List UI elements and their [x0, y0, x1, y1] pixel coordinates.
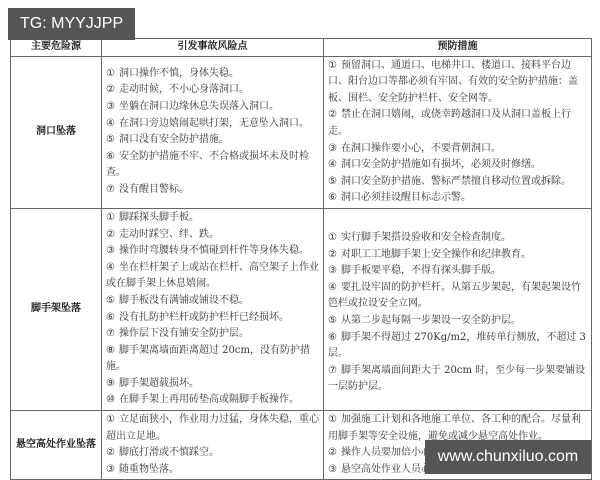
tg-label-badge: TG: MYYJJPP [8, 8, 135, 40]
table-row: 脚手架坠落 ①脚踩探头脚手板。 ②走动时踩空、绊、跌。 ③操作时弯腰转身不慎碰到… [11, 208, 592, 410]
measure-item: ⑤洞口安全防护措施、警标严禁擅自移动位置或拆除。 [328, 174, 587, 191]
measure-item: ③在洞口操作要小心，不要背朝洞口。 [328, 141, 587, 158]
hazard-source-cell: 脚手架坠落 [11, 208, 102, 410]
risk-item: ③坐躺在洞口边缘休息失误落入洞口。 [106, 99, 319, 116]
risk-item: ②走动时踩空、绊、跌。 [106, 227, 319, 244]
risk-item: ③随重物坠落。 [106, 462, 319, 479]
measure-item: ⑥洞口必须挂设醒目标志示警。 [328, 190, 587, 207]
risk-item: ④在洞口旁边嬉闹起哄打架，无意坠入洞口。 [106, 116, 319, 133]
measure-item: ④洞口安全防护措施如有损坏，必须及时修缮。 [328, 157, 587, 174]
prevention-measures-cell: ①实行脚手架搭设验收和安全检查制度。 ②对职工工地脚手架上安全操作和纪律教育。 … [324, 208, 592, 410]
risk-item: ③操作时弯腰转身不慎碰到杆件等身体失稳。 [106, 243, 319, 260]
measure-item: ⑤从第二步起每隔一步架设一安全防护层。 [328, 313, 587, 330]
risk-item: ②走动时候，不小心身落洞口。 [106, 82, 319, 99]
risk-item: ①脚踩探头脚手板。 [106, 210, 319, 227]
risk-item: ②脚底打滑或不慎踩空。 [106, 445, 319, 462]
measure-item: ①实行脚手架搭设验收和安全检查制度。 [328, 230, 587, 247]
measure-item: ④要扎设牢固的防护栏杆。从第五步架起，有架起架设竹笆栏或拉设安全立网。 [328, 280, 587, 313]
measure-item: ③脚手板要平稳，不得有探头脚手版。 [328, 263, 587, 280]
prevention-measures-cell: ①预留洞口、通道口、电梯井口、楼道口、接料平台边口、阳台边口等都必须有牢固、有效… [324, 56, 592, 208]
risk-item: ⑥没有扎防护栏杆或防护栏杆已经损坏。 [106, 310, 319, 327]
risk-item: ⑤洞口没有安全防护措施。 [106, 132, 319, 149]
risk-item: ⑦没有醒目警标。 [106, 182, 319, 199]
header-hazard-source: 主要危险源 [11, 39, 102, 57]
risk-item: ⑤脚手板没有满铺或铺设不稳。 [106, 293, 319, 310]
hazard-source-cell: 悬空高处作业坠落 [11, 411, 102, 480]
measure-item: ①预留洞口、通道口、电梯井口、楼道口、接料平台边口、阳台边口等都必须有牢固、有效… [328, 58, 587, 108]
hazard-source-cell: 洞口坠落 [11, 56, 102, 208]
risk-item: ⑦操作层下没有铺安全防护层。 [106, 326, 319, 343]
measure-item: ⑦脚手架离墙面间距大于 20cm 时，至少每一步架要铺设一层防护层。 [328, 363, 587, 396]
risk-points-cell: ①洞口操作不慎，身体失稳。 ②走动时候，不小心身落洞口。 ③坐躺在洞口边缘休息失… [102, 56, 324, 208]
table-header-row: 主要危险源 引发事故风险点 预防措施 [11, 39, 592, 57]
risk-points-cell: ①脚踩探头脚手板。 ②走动时踩空、绊、跌。 ③操作时弯腰转身不慎碰到杆件等身体失… [102, 208, 324, 410]
risk-item: ①洞口操作不慎，身体失稳。 [106, 66, 319, 83]
measure-item: ⑥脚手架不得超过 270Kg/m2，堆砖单行侧放，不超过 3 层。 [328, 330, 587, 363]
risk-item: ①立足面狭小，作业用力过猛，身体失稳，重心超出立足地。 [106, 412, 319, 445]
risk-item: ⑧脚手架离墙面距离超过 20cm，没有防护措施。 [106, 343, 319, 376]
hazard-table: 主要危险源 引发事故风险点 预防措施 洞口坠落 ①洞口操作不慎，身体失稳。 ②走… [10, 38, 592, 480]
risk-item: ⑩在脚手架上再用砖垫高或隔脚手板操作。 [106, 392, 319, 409]
risk-item: ⑨脚手架超载损坏。 [106, 376, 319, 393]
risk-item: ④坐在栏杆架子上或站在栏杆、高空架子上作业或在脚手架上休息嬉闹。 [106, 260, 319, 293]
risk-points-cell: ①立足面狭小，作业用力过猛，身体失稳，重心超出立足地。 ②脚底打滑或不慎踩空。 … [102, 411, 324, 480]
risk-item: ⑥安全防护措施不牢、不合格或损坏未及时检查。 [106, 149, 319, 182]
table-row: 洞口坠落 ①洞口操作不慎，身体失稳。 ②走动时候，不小心身落洞口。 ③坐躺在洞口… [11, 56, 592, 208]
measure-item: ②对职工工地脚手架上安全操作和纪律教育。 [328, 247, 587, 264]
watermark-badge: www.chunxiluo.com [425, 440, 591, 474]
header-risk-points: 引发事故风险点 [102, 39, 324, 57]
measure-item: ②禁止在洞口嬉闹，或侥幸跨越洞口及从洞口盖板上行走。 [328, 107, 587, 140]
header-prevention-measures: 预防措施 [324, 39, 592, 57]
